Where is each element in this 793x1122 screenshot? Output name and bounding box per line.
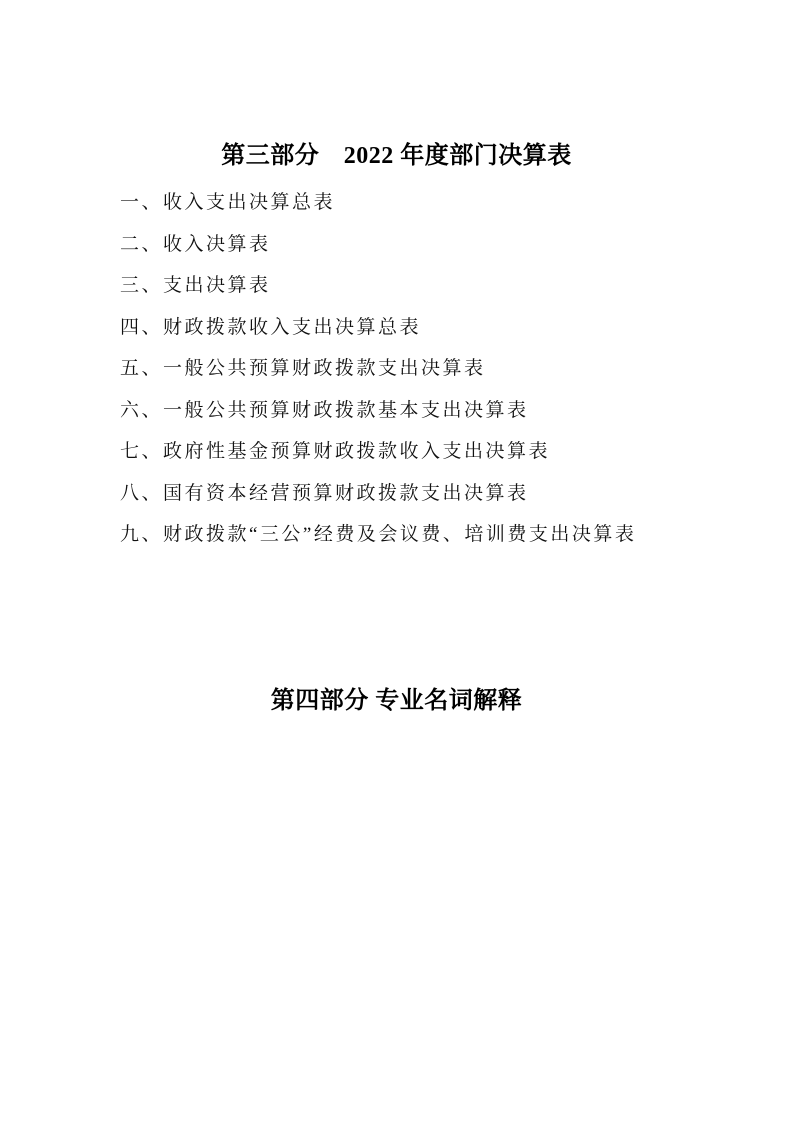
toc-item-4: 四、财政拨款收入支出决算总表	[120, 318, 733, 337]
toc-item-2: 二、收入决算表	[120, 235, 733, 254]
toc-item-6: 六、一般公共预算财政拨款基本支出决算表	[120, 401, 733, 420]
document-page: 第三部分 2022 年度部门决算表 一、收入支出决算总表 二、收入决算表 三、支…	[0, 0, 793, 1122]
toc-item-5: 五、一般公共预算财政拨款支出决算表	[120, 359, 733, 378]
toc-item-1: 一、收入支出决算总表	[120, 193, 733, 212]
toc-item-3: 三、支出决算表	[120, 276, 733, 295]
toc-item-9: 九、财政拨款“三公”经费及会议费、培训费支出决算表	[120, 525, 733, 544]
section-three-title: 第三部分 2022 年度部门决算表	[0, 143, 793, 171]
toc-item-7: 七、政府性基金预算财政拨款收入支出决算表	[120, 442, 733, 461]
toc-item-8: 八、国有资本经营预算财政拨款支出决算表	[120, 484, 733, 503]
toc-list: 一、收入支出决算总表 二、收入决算表 三、支出决算表 四、财政拨款收入支出决算总…	[120, 193, 733, 567]
section-four-title: 第四部分 专业名词解释	[0, 688, 793, 716]
